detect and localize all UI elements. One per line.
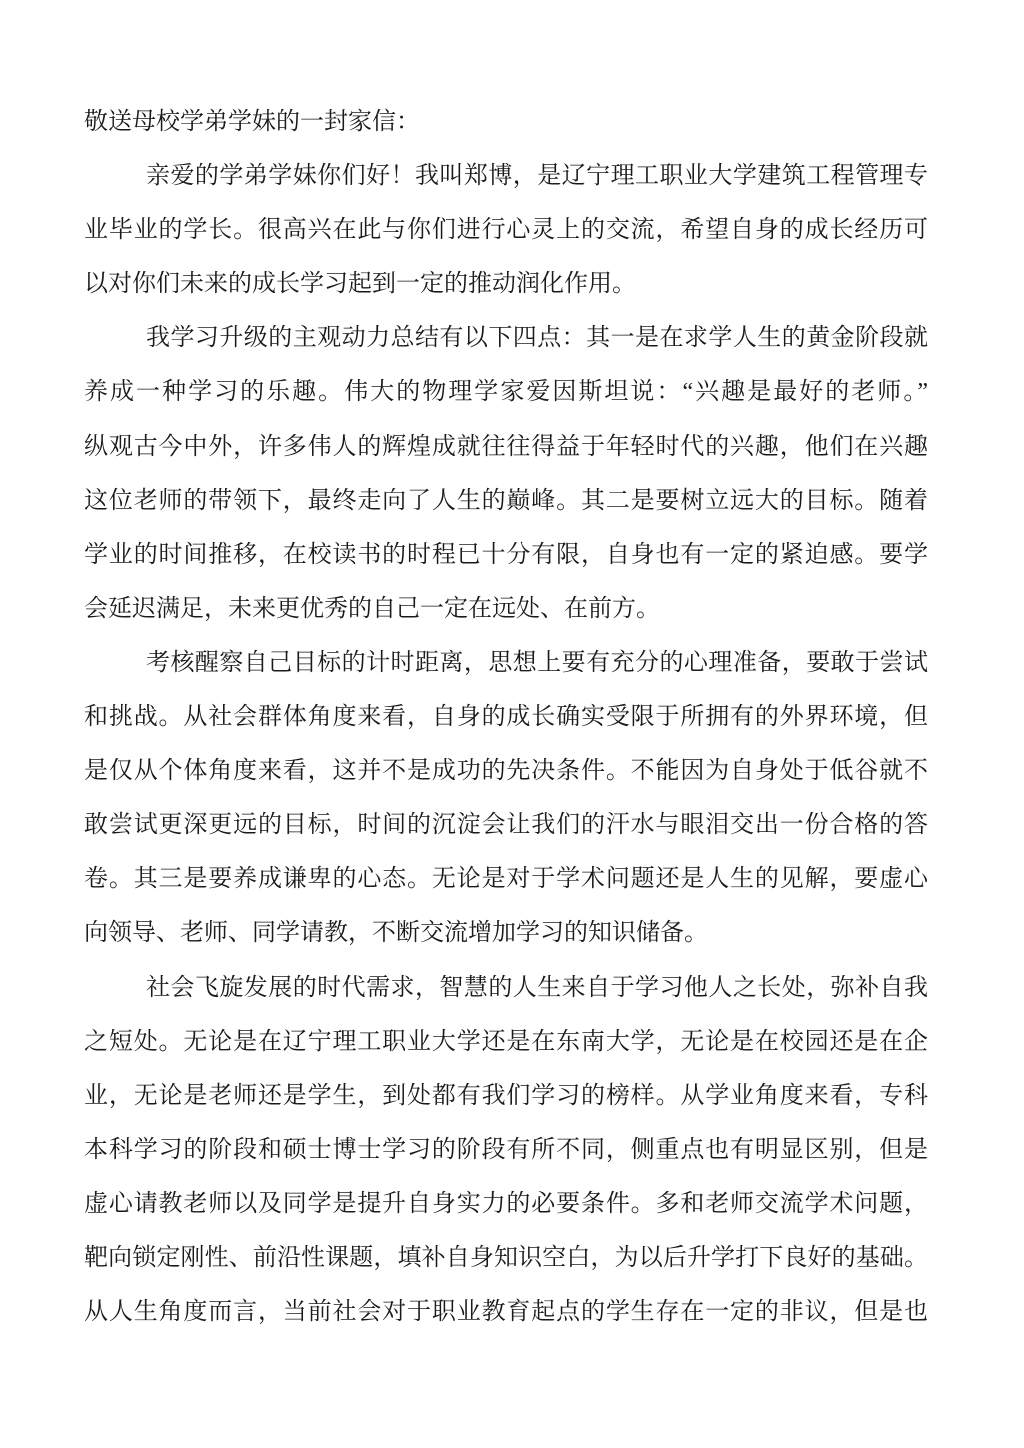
text-line: 会延迟满足，未来更优秀的自己一定在远处、在前方。 <box>84 582 928 636</box>
text-line: 亲爱的学弟学妹你们好！我叫郑博，是辽宁理工职业大学建筑工程管理专 <box>84 149 928 203</box>
text-line: 之短处。无论是在辽宁理工职业大学还是在东南大学，无论是在校园还是在企 <box>84 1015 928 1069</box>
text-line: 业毕业的学长。很高兴在此与你们进行心灵上的交流，希望自身的成长经历可 <box>84 203 928 257</box>
text-line: 靶向锁定刚性、前沿性课题，填补自身知识空白，为以后升学打下良好的基础。 <box>84 1231 928 1285</box>
text-line: 学业的时间推移，在校读书的时程已十分有限，自身也有一定的紧迫感。要学 <box>84 528 928 582</box>
text-line: 社会飞旋发展的时代需求，智慧的人生来自于学习他人之长处，弥补自我 <box>84 961 928 1015</box>
text-line: 从人生角度而言，当前社会对于职业教育起点的学生存在一定的非议，但是也 <box>84 1285 928 1339</box>
text-line: 考核醒察自己目标的计时距离，思想上要有充分的心理准备，要敢于尝试 <box>84 636 928 690</box>
text-line: 敢尝试更深更远的目标，时间的沉淀会让我们的汗水与眼泪交出一份合格的答 <box>84 798 928 852</box>
text-line: 卷。其三是要养成谦卑的心态。无论是对于学术问题还是人生的见解，要虚心 <box>84 852 928 906</box>
text-line: 我学习升级的主观动力总结有以下四点：其一是在求学人生的黄金阶段就 <box>84 311 928 365</box>
text-line: 纵观古今中外，许多伟人的辉煌成就往往得益于年轻时代的兴趣，他们在兴趣 <box>84 420 928 474</box>
document-page: 敬送母校学弟学妹的一封家信：亲爱的学弟学妹你们好！我叫郑博，是辽宁理工职业大学建… <box>0 0 1024 1448</box>
text-line: 和挑战。从社会群体角度来看，自身的成长确实受限于所拥有的外界环境，但 <box>84 690 928 744</box>
text-line: 以对你们未来的成长学习起到一定的推动润化作用。 <box>84 257 928 311</box>
text-line: 向领导、老师、同学请教，不断交流增加学习的知识储备。 <box>84 906 928 960</box>
text-line: 本科学习的阶段和硕士博士学习的阶段有所不同，侧重点也有明显区别，但是 <box>84 1123 928 1177</box>
document-body: 敬送母校学弟学妹的一封家信：亲爱的学弟学妹你们好！我叫郑博，是辽宁理工职业大学建… <box>84 95 928 1339</box>
text-line: 是仅从个体角度来看，这并不是成功的先决条件。不能因为自身处于低谷就不 <box>84 744 928 798</box>
text-line: 虚心请教老师以及同学是提升自身实力的必要条件。多和老师交流学术问题， <box>84 1177 928 1231</box>
letter-title-line: 敬送母校学弟学妹的一封家信： <box>84 95 928 149</box>
text-line: 这位老师的带领下，最终走向了人生的巅峰。其二是要树立远大的目标。随着 <box>84 474 928 528</box>
text-line: 养成一种学习的乐趣。伟大的物理学家爱因斯坦说：“兴趣是最好的老师。” <box>84 365 928 419</box>
text-line: 业，无论是老师还是学生，到处都有我们学习的榜样。从学业角度来看，专科 <box>84 1069 928 1123</box>
